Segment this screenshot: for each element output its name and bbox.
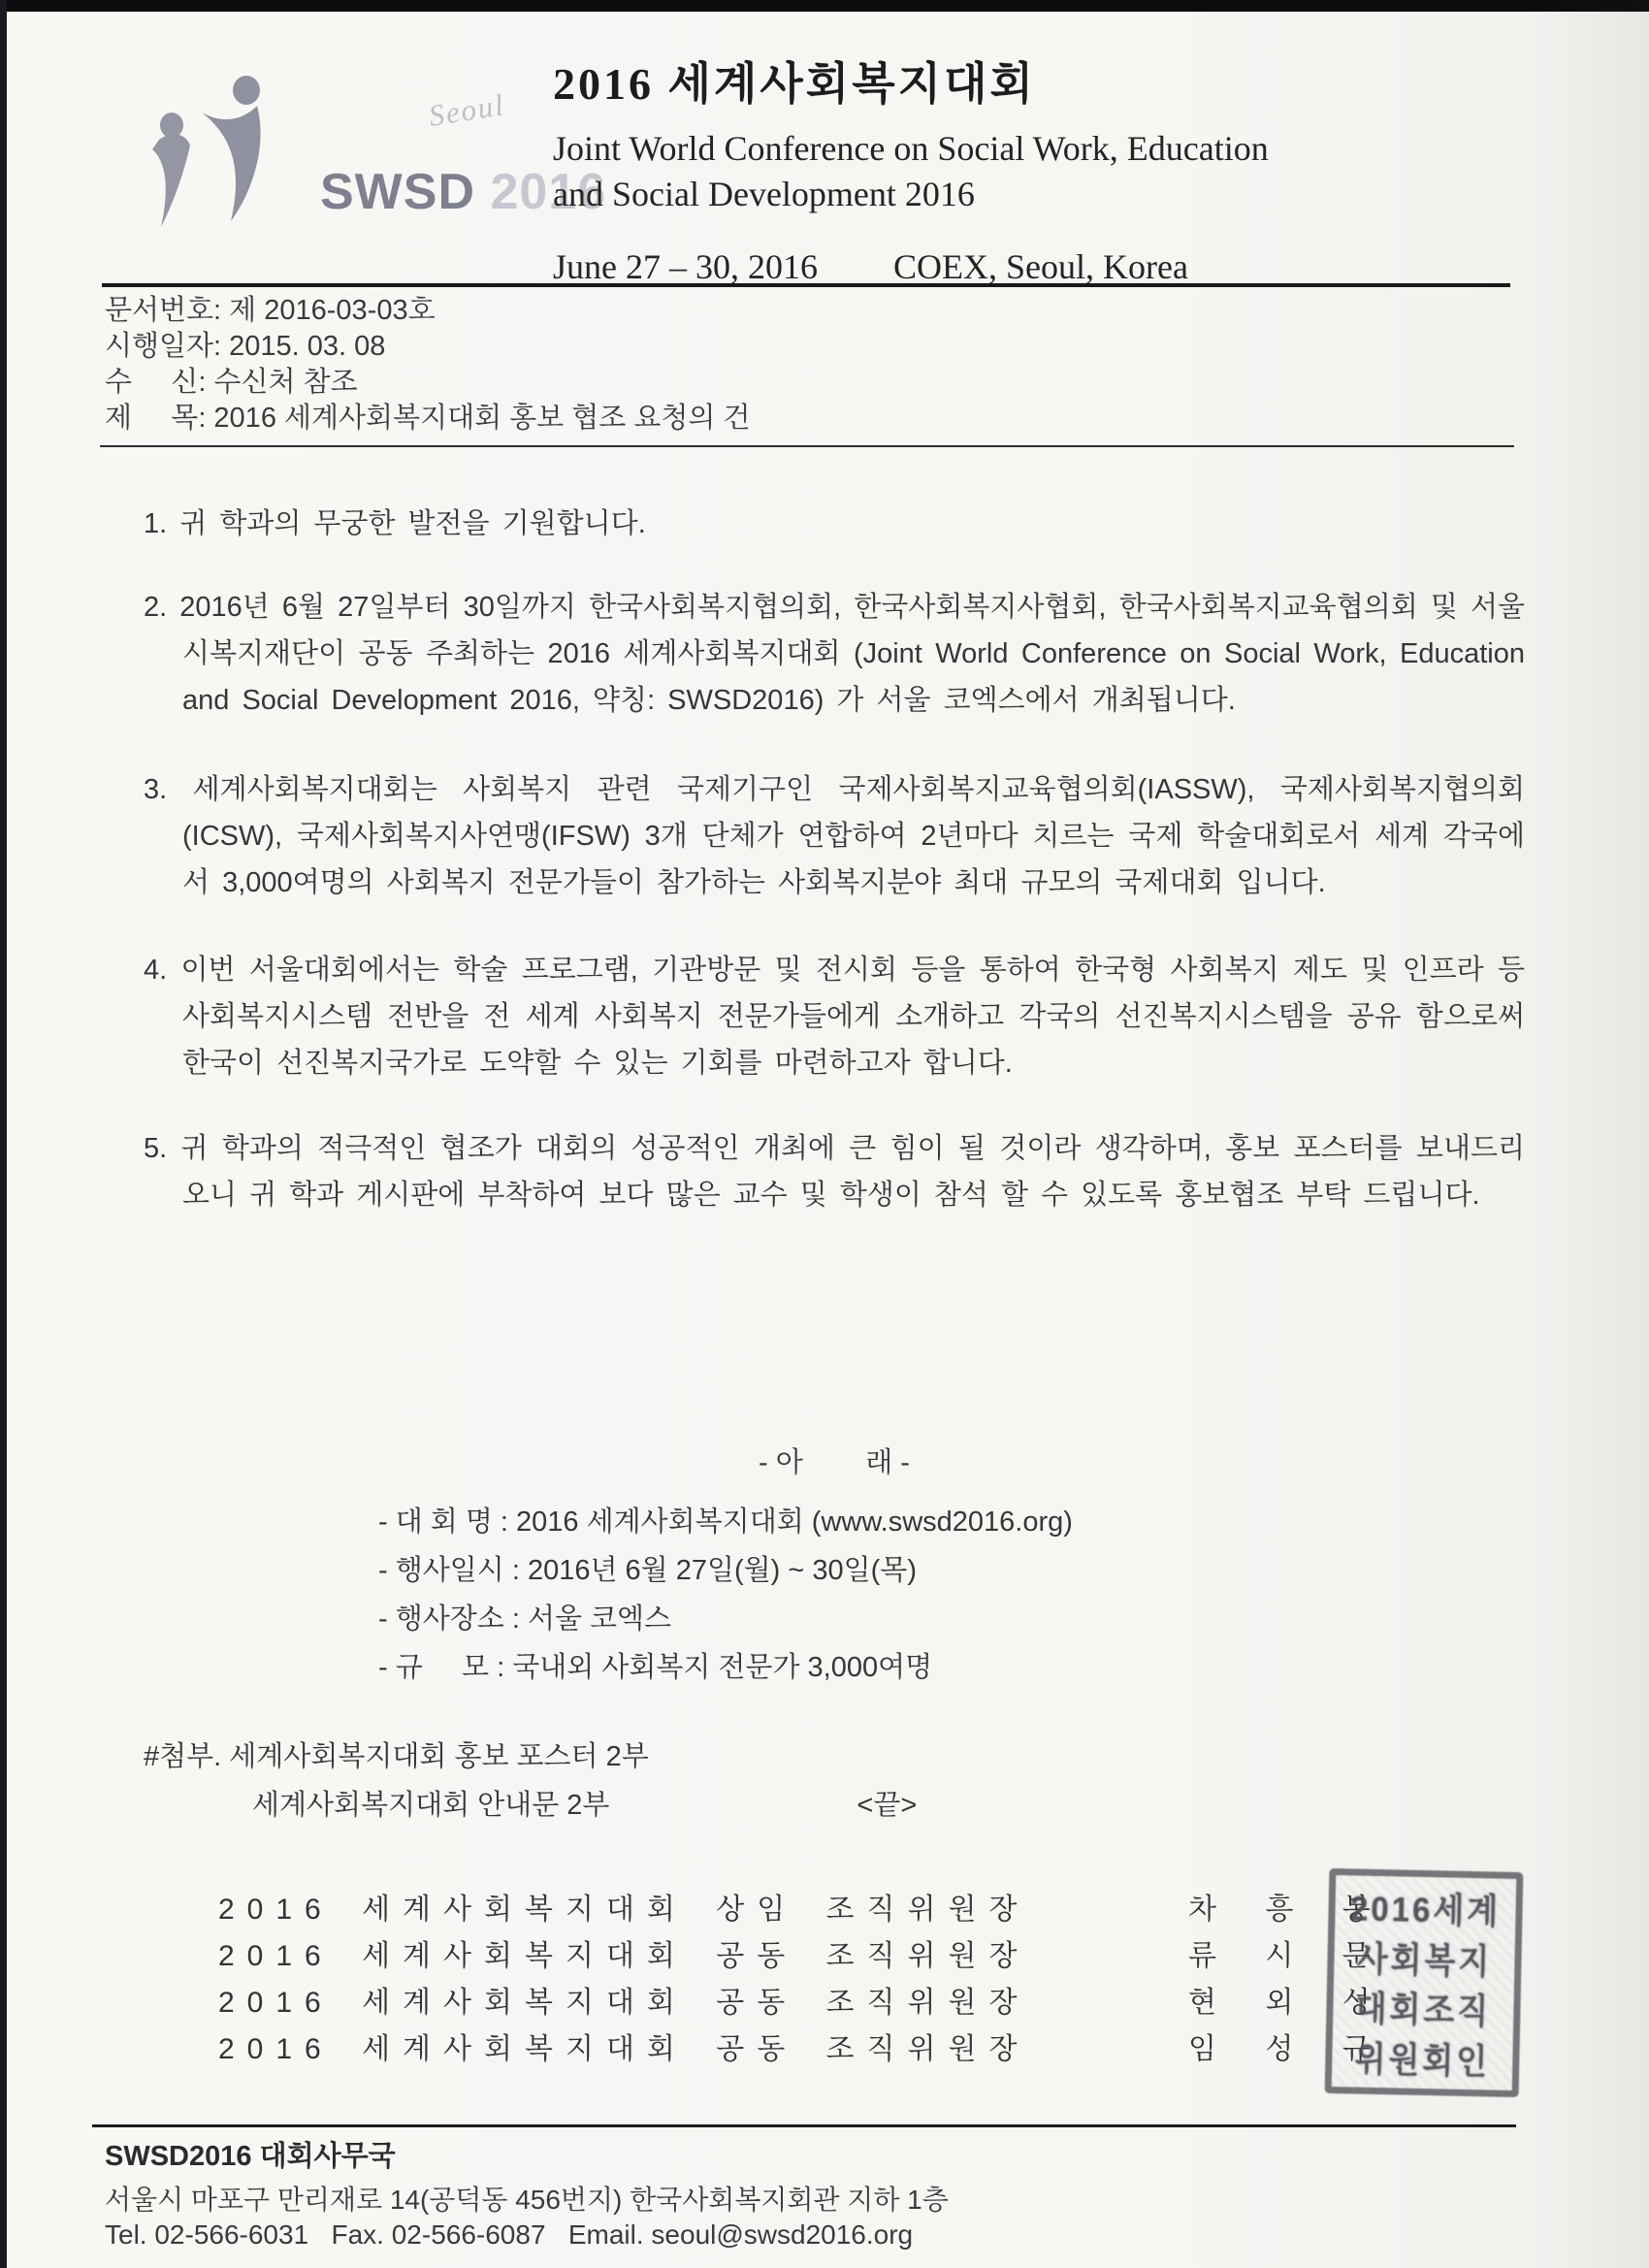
body-paragraph-2: 2. 2016년 6월 27일부터 30일까지 한국사회복지협의회, 한국사회복… — [144, 584, 1525, 724]
letter-body: 1. 귀 학과의 무궁한 발전을 기원합니다. 2. 2016년 6월 27일부… — [144, 485, 1525, 1218]
conference-title-korean: 2016 세계사회복지대회 — [553, 49, 1523, 113]
logo-swsd-text: SWSD — [320, 164, 490, 220]
details-rows: - 대 회 명 : 2016 세계사회복지대회 (www.swsd2016.or… — [378, 1498, 1525, 1692]
letterhead: 2016 세계사회복지대회 Joint World Conference on … — [553, 49, 1523, 287]
paragraph-number: 2. — [144, 592, 167, 623]
scan-edge-left — [0, 0, 7, 2268]
body-paragraph-1: 1. 귀 학과의 무궁한 발전을 기원합니다. — [144, 501, 1525, 547]
details-heading: - 아 래 - — [144, 1440, 1525, 1486]
paragraph-number: 1. — [144, 508, 167, 539]
scan-edge-top — [0, 0, 1649, 12]
subject-line: 제 목: 2016 세계사회복지대회 홍보 협조 요청의 건 — [105, 401, 750, 437]
paragraph-text: 이번 서울대회에서는 학술 프로그램, 기관방문 및 전시회 등을 통하여 한국… — [181, 955, 1525, 1079]
end-mark: <끝> — [857, 1781, 917, 1830]
subject-underline — [100, 445, 1514, 447]
conference-venue: COEX, Seoul, Korea — [893, 246, 1188, 287]
body-paragraph-4: 4. 이번 서울대회에서는 학술 프로그램, 기관방문 및 전시회 등을 통하여… — [144, 947, 1525, 1086]
footer-contact: Tel. 02-566-6031 Fax. 02-566-6087 Email.… — [105, 2219, 913, 2251]
paragraph-text: 세계사회복지대회는 사회복지 관련 국제기구인 국제사회복지교육협의회(IASS… — [182, 774, 1525, 898]
attachment-line-2: 세계사회복지대회 안내문 2부<끝> — [144, 1781, 917, 1830]
detail-conference-name: - 대 회 명 : 2016 세계사회복지대회 (www.swsd2016.or… — [378, 1498, 1525, 1546]
detail-event-place: - 행사장소 : 서울 코엑스 — [378, 1595, 1525, 1643]
details-section: - 아 래 - - 대 회 명 : 2016 세계사회복지대회 (www.sws… — [144, 1440, 1525, 1692]
footer-office-name: SWSD2016 대회사무국 — [105, 2134, 396, 2174]
logo-seoul-script: Seoul — [427, 87, 508, 134]
paragraph-text: 귀 학과의 적극적인 협조가 대회의 성공적인 개최에 큰 힘이 될 것이라 생… — [181, 1133, 1525, 1211]
document-meta: 문서번호: 제 2016-03-03호 시행일자: 2015. 03. 08 수… — [105, 293, 750, 437]
dancing-figures-icon — [145, 64, 320, 243]
paragraph-number: 3. — [144, 774, 167, 805]
paragraph-number: 4. — [144, 955, 167, 986]
conference-title-english-line1: Joint World Conference on Social Work, E… — [553, 126, 1523, 172]
conference-dates: June 27 – 30, 2016 — [553, 246, 818, 287]
stamp-line: 사회복지 — [1356, 1931, 1493, 1984]
signature-org: 2016 세계사회복지대회 공동 조직위원장 — [218, 1931, 1029, 1974]
stamp-line: 2016세계 — [1350, 1882, 1502, 1934]
signature-org: 2016 세계사회복지대회 공동 조직위원장 — [218, 2025, 1029, 2067]
conference-title-english-line2: and Social Development 2016 — [553, 172, 1523, 217]
body-paragraph-3: 3. 세계사회복지대회는 사회복지 관련 국제기구인 국제사회복지교육협의회(I… — [144, 766, 1525, 906]
signature-org: 2016 세계사회복지대회 공동 조직위원장 — [218, 1978, 1029, 2021]
official-seal-stamp: 2016세계 사회복지 대회조직 위원회인 — [1325, 1868, 1524, 2097]
scanned-document-page: SWSD 2016 Seoul 2016 세계사회복지대회 Joint Worl… — [0, 0, 1649, 2268]
detail-event-scale: - 규 모 : 국내외 사회복지 전문가 3,000여명 — [378, 1643, 1525, 1692]
document-number: 문서번호: 제 2016-03-03호 — [105, 293, 750, 329]
attachment-text: 세계사회복지대회 안내문 2부 — [252, 1790, 609, 1821]
signature-org: 2016 세계사회복지대회 상임 조직위원장 — [218, 1885, 1029, 1928]
attachment-line-1: #첨부. 세계사회복지대회 홍보 포스터 2부 — [144, 1733, 917, 1781]
recipient-line: 수 신: 수신처 참조 — [105, 365, 750, 401]
attachment-section: #첨부. 세계사회복지대회 홍보 포스터 2부 세계사회복지대회 안내문 2부<… — [144, 1733, 917, 1830]
issue-date: 시행일자: 2015. 03. 08 — [105, 329, 750, 365]
conference-date-venue: June 27 – 30, 2016 COEX, Seoul, Korea — [553, 246, 1523, 287]
header-divider — [102, 283, 1510, 287]
paragraph-number: 5. — [144, 1133, 167, 1164]
stamp-line: 대회조직 — [1355, 1982, 1492, 2034]
stamp-line: 위원회인 — [1354, 2031, 1491, 2084]
footer-divider — [92, 2124, 1516, 2127]
body-paragraph-5: 5. 귀 학과의 적극적인 협조가 대회의 성공적인 개최에 큰 힘이 될 것이… — [144, 1125, 1525, 1218]
detail-event-date: - 행사일시 : 2016년 6월 27일(월) ~ 30일(목) — [378, 1546, 1525, 1595]
swsd2016-logo: SWSD 2016 Seoul — [145, 64, 582, 243]
paragraph-text: 귀 학과의 무궁한 발전을 기원합니다. — [179, 508, 646, 539]
paragraph-text: 2016년 6월 27일부터 30일까지 한국사회복지협의회, 한국사회복지사협… — [179, 592, 1525, 716]
footer-address: 서울시 마포구 만리재로 14(공덕동 456번지) 한국사회복지회관 지하 1… — [105, 2179, 949, 2218]
